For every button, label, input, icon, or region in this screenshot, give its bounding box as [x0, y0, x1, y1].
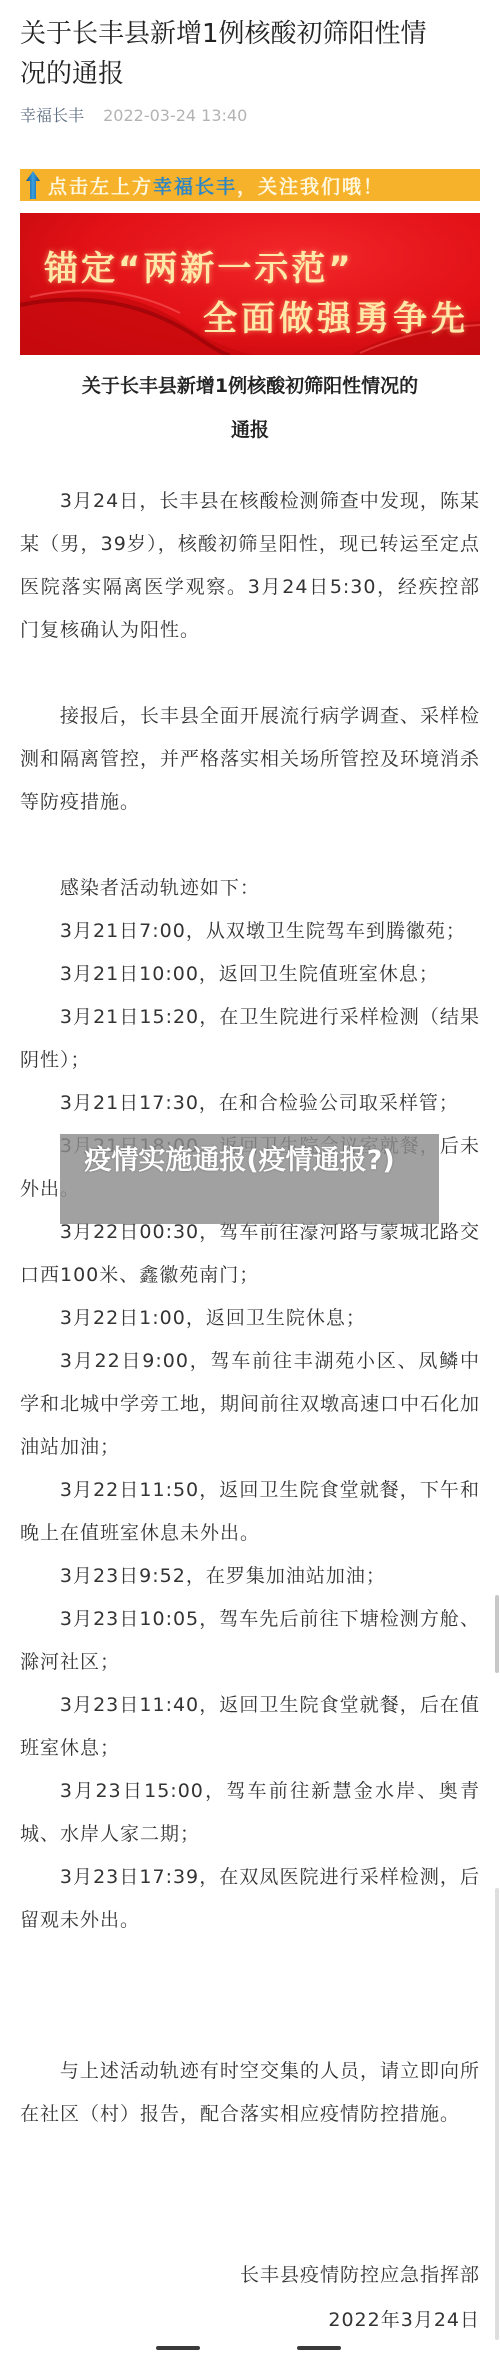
- track-item: 3月23日11:40，返回卫生院食堂就餐，后在值班室休息；: [20, 1684, 480, 1770]
- track-item: 3月21日15:20，在卫生院进行采样检测（结果阴性）；: [20, 996, 480, 1082]
- article-title: 关于长丰县新增1例核酸初筛阳性情 况的通报: [20, 14, 480, 94]
- track-item: 3月23日15:00，驾车前往新慧金水岸、奥青城、水岸人家二期；: [20, 1770, 480, 1856]
- paragraph-text: 3月24日，长丰县在核酸检测筛查中发现，陈某某（男，39岁），核酸初筛呈阳性，现…: [20, 480, 480, 652]
- paragraph-notice: 与上述活动轨迹有时空交集的人员，请立即向所在社区（村）报告，配合落实相应疫情防控…: [20, 2050, 480, 2136]
- end-divider-left: [156, 2346, 200, 2350]
- article-title-line-1: 关于长丰县新增1例核酸初筛阳性情: [20, 14, 480, 54]
- paragraph-text: 与上述活动轨迹有时空交集的人员，请立即向所在社区（村）报告，配合落实相应疫情防控…: [20, 2050, 480, 2136]
- follow-prompt: 点击左上方幸福长丰，关注我们哦！: [48, 172, 384, 199]
- scrollbar-thumb[interactable]: [495, 1595, 499, 1673]
- overlay-caption: 疫情实施通报(疫情通报?): [60, 1134, 439, 1224]
- follow-prefix: 点击左上方: [48, 176, 153, 198]
- paragraph-text: 接报后，长丰县全面开展流行病学调查、采样检测和隔离管控，并严格落实相关场所管控及…: [20, 695, 480, 824]
- document-heading-line-1: 关于长丰县新增1例核酸初筛阳性情况的: [20, 364, 480, 408]
- track-intro: 感染者活动轨迹如下：: [20, 867, 480, 910]
- paragraph-discovery: 3月24日，长丰县在核酸检测筛查中发现，陈某某（男，39岁），核酸初筛呈阳性，现…: [20, 480, 480, 652]
- article-meta: 幸福长丰 2022-03-24 13:40: [20, 104, 247, 128]
- signature-organization: 长丰县疫情防控应急指挥部: [240, 2260, 480, 2287]
- track-item: 3月22日9:00，驾车前往丰湖苑小区、凤鳞中学和北城中学旁工地，期间前往双墩高…: [20, 1340, 480, 1469]
- track-item: 3月21日10:00，返回卫生院值班室休息；: [20, 953, 480, 996]
- follow-account-name: 幸福长丰: [153, 176, 237, 198]
- track-item: 3月22日11:50，返回卫生院食堂就餐，下午和晚上在值班室休息未外出。: [20, 1469, 480, 1555]
- up-arrow-icon: [26, 170, 40, 200]
- track-item: 3月23日10:05，驾车先后前往下塘检测方舱、滁河社区；: [20, 1598, 480, 1684]
- track-item: 3月21日7:00，从双墩卫生院驾车到腾徽苑；: [20, 910, 480, 953]
- paragraph-response: 接报后，长丰县全面开展流行病学调查、采样检测和隔离管控，并严格落实相关场所管控及…: [20, 695, 480, 824]
- follow-suffix: ，关注我们哦！: [237, 176, 384, 198]
- track-item: 3月22日1:00，返回卫生院休息；: [20, 1297, 480, 1340]
- hero-slogan-line-1: 锚定“两新一示范”: [44, 241, 354, 290]
- hero-banner-image: 锚定“两新一示范” 全面做强勇争先: [20, 213, 480, 355]
- track-item: 3月23日17:39，在双凤医院进行采样检测，后留观未外出。: [20, 1856, 480, 1942]
- document-heading: 关于长丰县新增1例核酸初筛阳性情况的 通报: [20, 364, 480, 452]
- signature-date: 2022年3月24日: [328, 2305, 480, 2332]
- follow-banner: 点击左上方幸福长丰，关注我们哦！: [20, 169, 480, 201]
- article-title-line-2: 况的通报: [20, 54, 480, 94]
- publish-time: 2022-03-24 13:40: [103, 106, 247, 125]
- activity-track-list: 感染者活动轨迹如下： 3月21日7:00，从双墩卫生院驾车到腾徽苑； 3月21日…: [20, 867, 480, 1942]
- hero-slogan-line-2: 全面做强勇争先: [203, 291, 469, 340]
- track-item: 3月23日9:52，在罗集加油站加油；: [20, 1555, 480, 1598]
- track-item: 3月21日17:30，在和合检验公司取采样管；: [20, 1082, 480, 1125]
- scrollbar-track[interactable]: [495, 1888, 499, 2340]
- author-link[interactable]: 幸福长丰: [20, 106, 84, 125]
- document-heading-line-2: 通报: [20, 408, 480, 452]
- end-divider-right: [297, 2346, 341, 2350]
